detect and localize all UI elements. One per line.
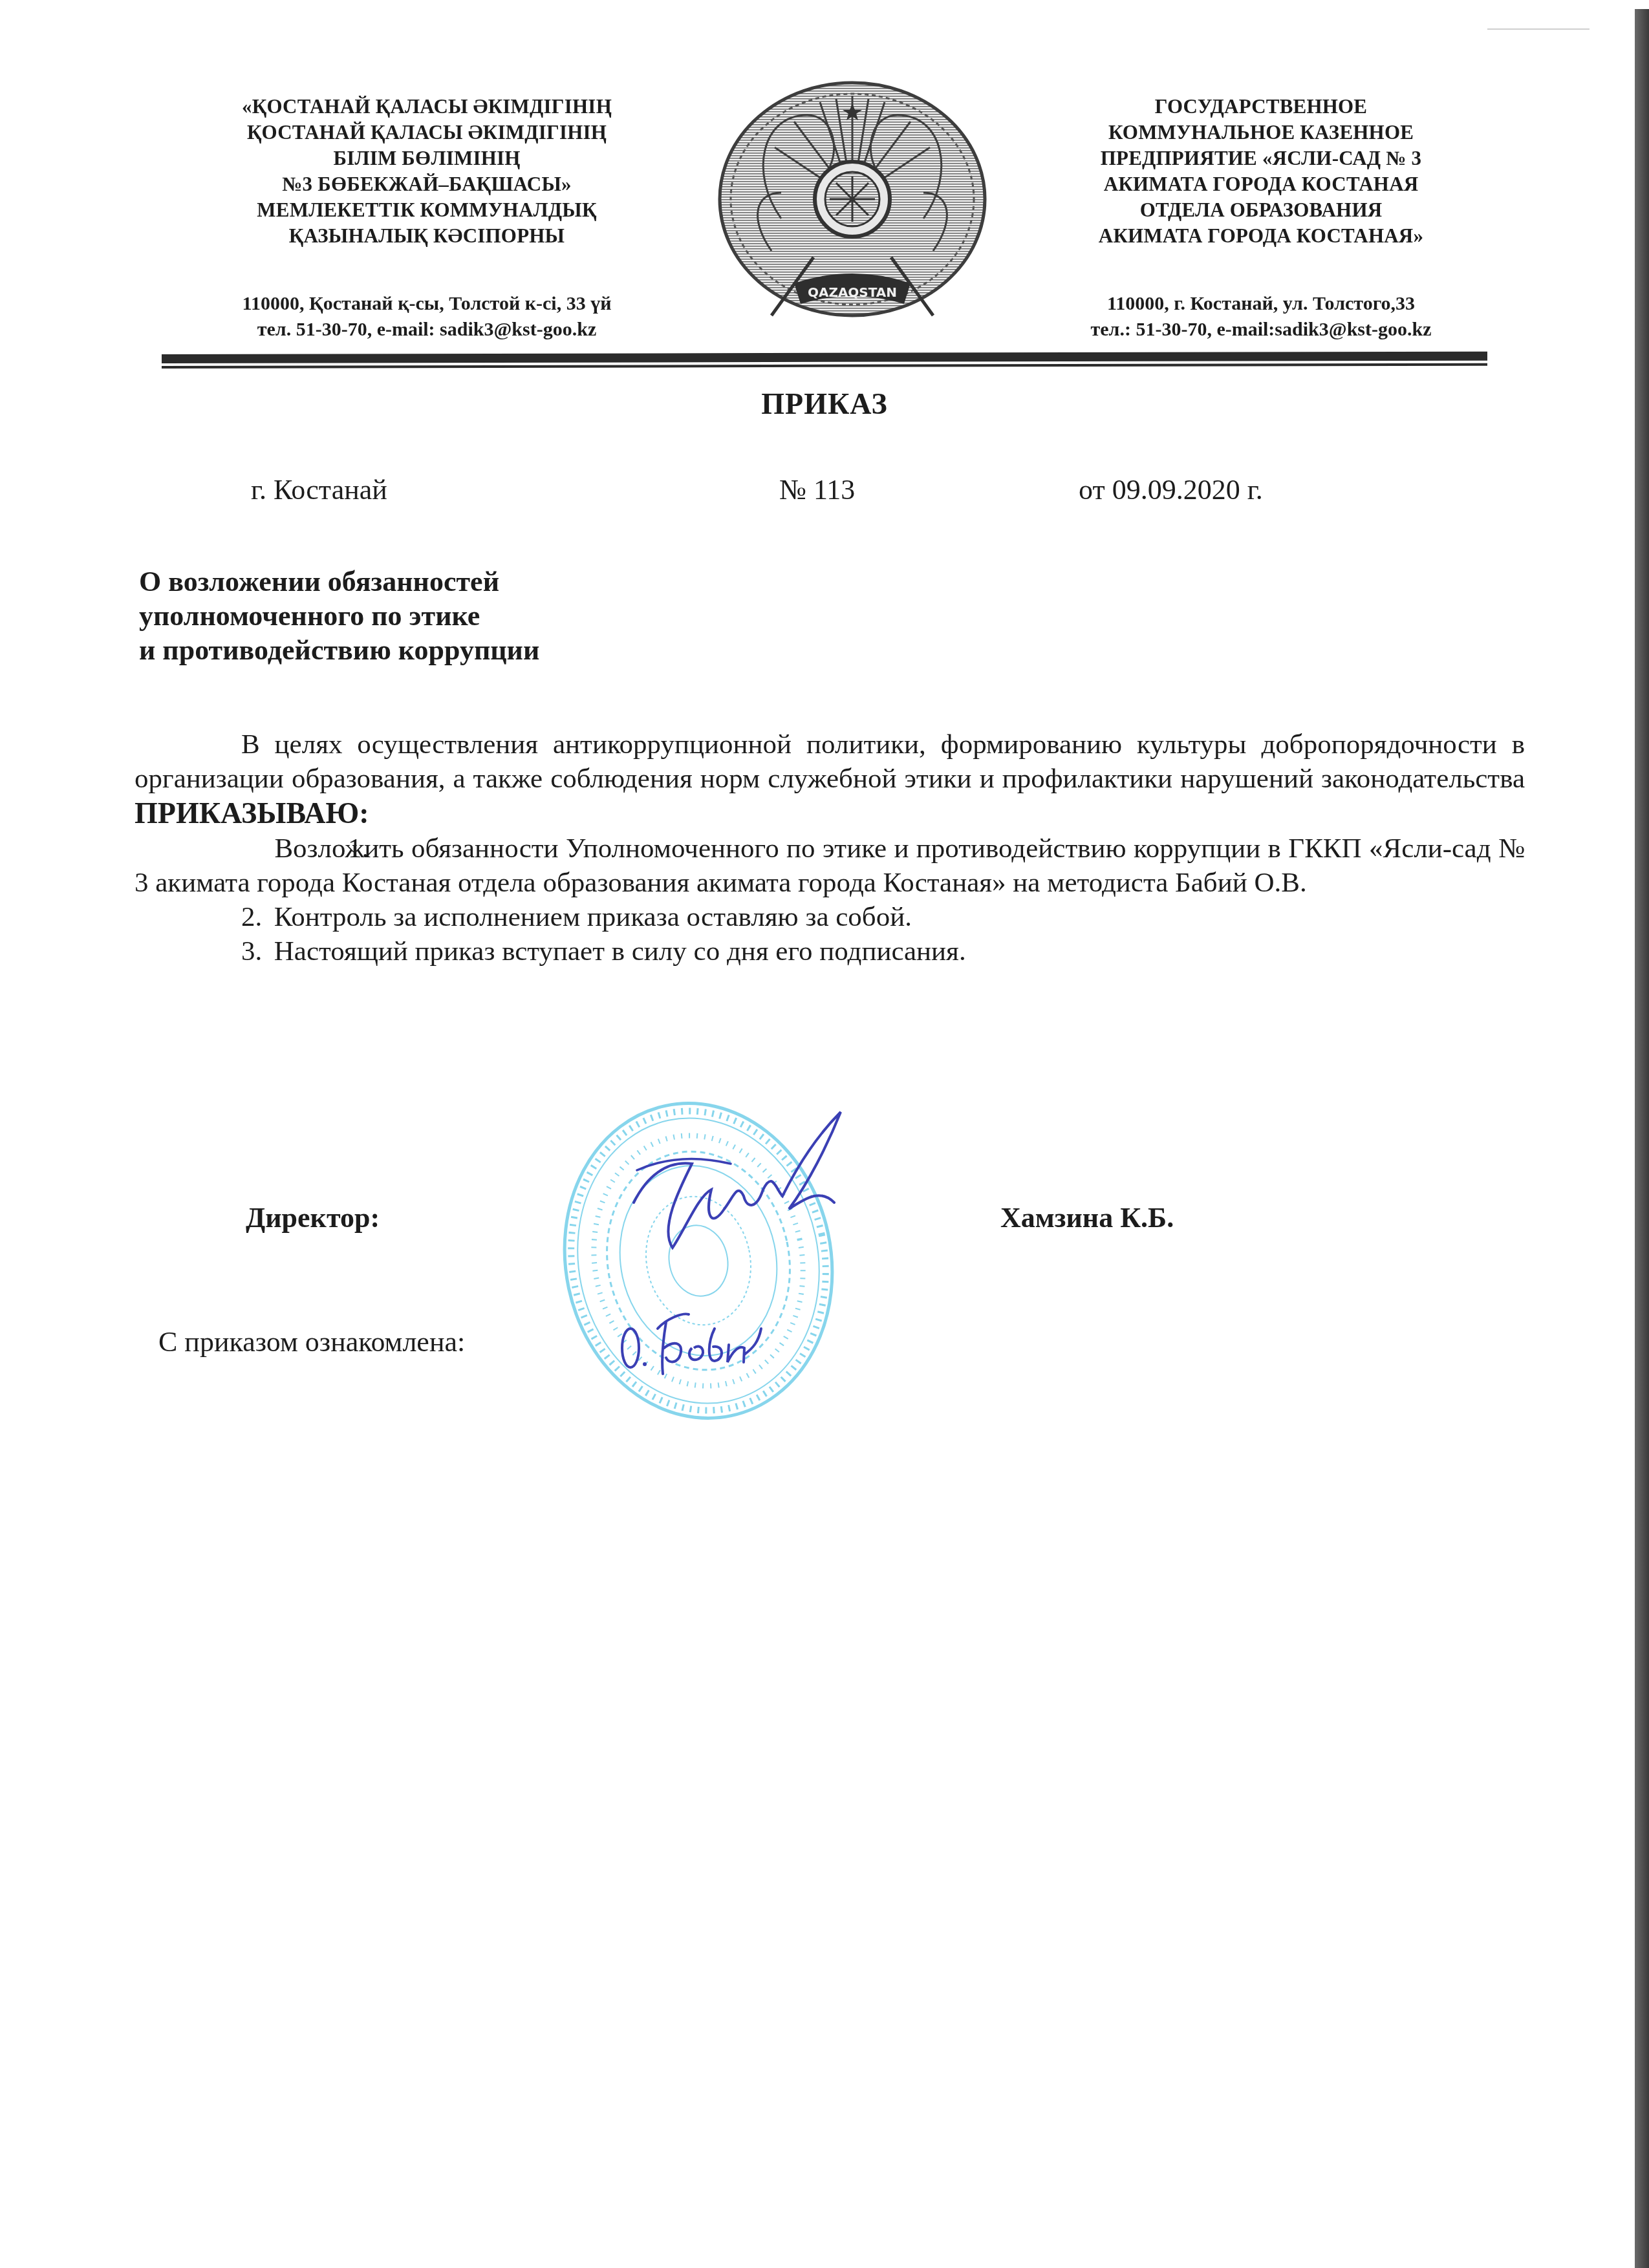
letterhead-line: МЕМЛЕКЕТТІК КОММУНАЛДЫҚ <box>175 197 679 223</box>
kazakhstan-state-emblem-icon: QAZAQSTAN <box>710 70 995 328</box>
document-subject: О возложении обязанностей уполномоченног… <box>139 564 539 667</box>
item-text: Контроль за исполнением приказа оставляю… <box>274 902 912 932</box>
letterhead-line: «ҚОСТАНАЙ ҚАЛАСЫ ӘКІМДІГІНІҢ <box>175 94 679 120</box>
emblem-ribbon-text: QAZAQSTAN <box>808 284 897 300</box>
letterhead-line: ҚАЗЫНАЛЫҚ КӘСІПОРНЫ <box>175 223 679 249</box>
signatory-role: Директор: <box>246 1201 380 1234</box>
preamble-text: В целях осуществления антикоррупционной … <box>135 729 1525 794</box>
acknowledgement-label: С приказом ознакомлена: <box>158 1325 465 1358</box>
scan-edge-shadow <box>1635 9 1649 2268</box>
item-number: 3. <box>241 934 267 968</box>
subject-line: уполномоченного по этике <box>139 599 539 633</box>
document-title: ПРИКАЗ <box>0 387 1649 421</box>
letterhead-line: АКИМАТА ГОРОДА КОСТАНАЯ <box>1028 171 1494 197</box>
letterhead-kazakh-address: 110000, Қостанай қ-сы, Толстой к-сі, 33 … <box>168 291 685 343</box>
document-city: г. Костанай <box>251 473 387 506</box>
signatory-name: Хамзина К.Б. <box>1000 1201 1174 1234</box>
order-item-1: 1. Возложить обязанности Уполномоченного… <box>135 831 1525 900</box>
letterhead-line: ПРЕДПРИЯТИЕ «ЯСЛИ-САД № 3 <box>1028 145 1494 171</box>
scan-edge-hairline <box>1487 28 1590 30</box>
letterhead-line: ГОСУДАРСТВЕННОЕ <box>1028 94 1494 120</box>
item-number: 2. <box>241 900 267 934</box>
document-date: от 09.09.2020 г. <box>1079 473 1263 506</box>
subject-line: О возложении обязанностей <box>139 564 539 599</box>
acknowledgement-signature <box>618 1303 773 1380</box>
letterhead-line: ОТДЕЛА ОБРАЗОВАНИЯ <box>1028 197 1494 223</box>
letterhead-russian-address: 110000, г. Костанай, ул. Толстого,33 тел… <box>1022 291 1500 343</box>
item-number: 1. <box>241 831 267 866</box>
letterhead-kazakh: «ҚОСТАНАЙ ҚАЛАСЫ ӘКІМДІГІНІҢ ҚОСТАНАЙ ҚА… <box>175 94 679 249</box>
item-text: Возложить обязанности Уполномоченного по… <box>135 833 1525 898</box>
letterhead-line: БІЛІМ БӨЛІМІНІҢ <box>175 145 679 171</box>
contacts-line: тел.: 51-30-70, e-mail:sadik3@kst-goo.kz <box>1022 317 1500 343</box>
letterhead-line: ҚОСТАНАЙ ҚАЛАСЫ ӘКІМДІГІНІҢ <box>175 120 679 145</box>
address-line: 110000, г. Костанай, ул. Толстого,33 <box>1022 291 1500 317</box>
letterhead-line: №3 БӨБЕКЖАЙ–БАҚШАСЫ» <box>175 171 679 197</box>
director-signature <box>621 1099 892 1261</box>
letterhead-line: КОММУНАЛЬНОЕ КАЗЕННОЕ <box>1028 120 1494 145</box>
letterhead-divider-thin <box>162 363 1487 369</box>
order-item-2: 2. Контроль за исполнением приказа остав… <box>135 900 1525 934</box>
subject-line: и противодействию коррупции <box>139 633 539 667</box>
letterhead-russian: ГОСУДАРСТВЕННОЕ КОММУНАЛЬНОЕ КАЗЕННОЕ ПР… <box>1028 94 1494 249</box>
address-line: 110000, Қостанай қ-сы, Толстой к-сі, 33 … <box>168 291 685 317</box>
letterhead-divider-thick <box>162 352 1487 363</box>
preamble-paragraph: В целях осуществления антикоррупционной … <box>135 727 1525 831</box>
item-text: Настоящий приказ вступает в силу со дня … <box>274 936 966 967</box>
letterhead-line: АКИМАТА ГОРОДА КОСТАНАЯ» <box>1028 223 1494 249</box>
document-body: В целях осуществления антикоррупционной … <box>135 727 1525 968</box>
order-word: ПРИКАЗЫВАЮ: <box>135 797 369 829</box>
contacts-line: тел. 51-30-70, e-mail: sadik3@kst-goo.kz <box>168 317 685 343</box>
order-item-3: 3. Настоящий приказ вступает в силу со д… <box>135 934 1525 968</box>
document-number: № 113 <box>779 473 855 506</box>
